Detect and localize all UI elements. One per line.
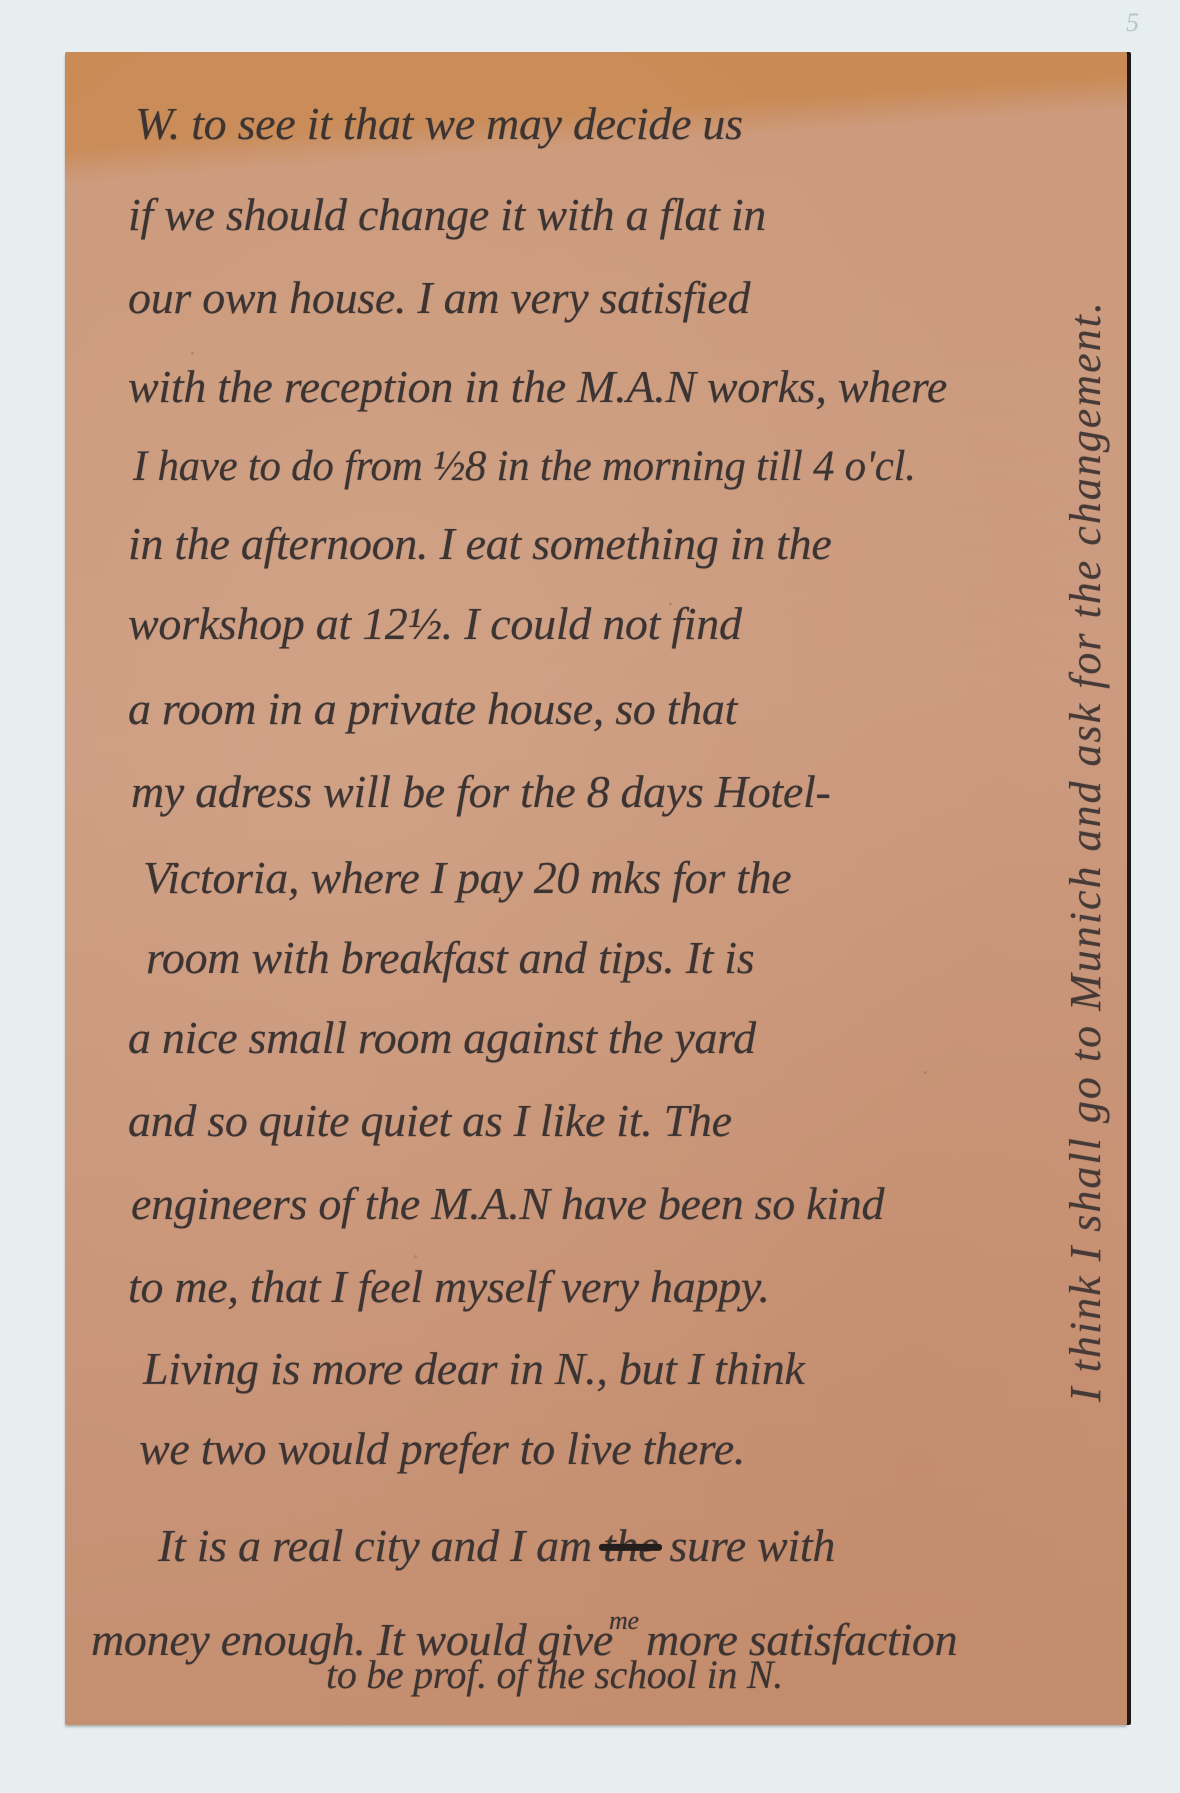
handwritten-line: room with breakfast and tips. It is [146,928,754,988]
handwritten-line: my adress will be for the 8 days Hotel- [131,762,831,822]
handwritten-line: Living is more dear in N., but I think [143,1339,805,1399]
handwritten-line: with the reception in the M.A.N works, w… [128,357,947,417]
handwritten-line: W. to see it that we may decide us [135,94,743,154]
handwritten-line: in the afternoon. I eat something in the [128,514,831,574]
handwritten-line: a nice small room against the yard [128,1008,756,1068]
handwritten-line: workshop at 12½. I could not find [128,594,742,654]
handwritten-line-with-strikethrough: It is a real city and I am the sure with [158,1516,835,1576]
handwritten-line: Victoria, where I pay 20 mks for the [143,848,791,908]
line-text: sure with [658,1520,835,1571]
vertical-margin-note: I think I shall go to Munich and ask for… [1060,62,1112,1402]
handwritten-line: a room in a private house, so that [128,679,737,739]
handwritten-line: I have to do from ½8 in the morning till… [133,437,916,497]
handwritten-line: to me, that I feel myself very happy. [128,1257,770,1317]
handwritten-line: we two would prefer to live there. [139,1419,745,1479]
page-number-mark: 5 [1126,8,1139,38]
struck-out-word: the [603,1516,658,1576]
handwritten-line: to be prof. of the school in N. [326,1645,783,1705]
handwritten-line: if we should change it with a flat in [128,185,766,245]
postcard: W. to see it that we may decide us if we… [65,52,1127,1725]
handwritten-line: and so quite quiet as I like it. The [128,1091,732,1151]
handwritten-line: our own house. I am very satisfied [128,268,750,328]
line-text: It is a real city and I am [158,1520,603,1571]
handwritten-line: engineers of the M.A.N have been so kind [131,1174,884,1234]
